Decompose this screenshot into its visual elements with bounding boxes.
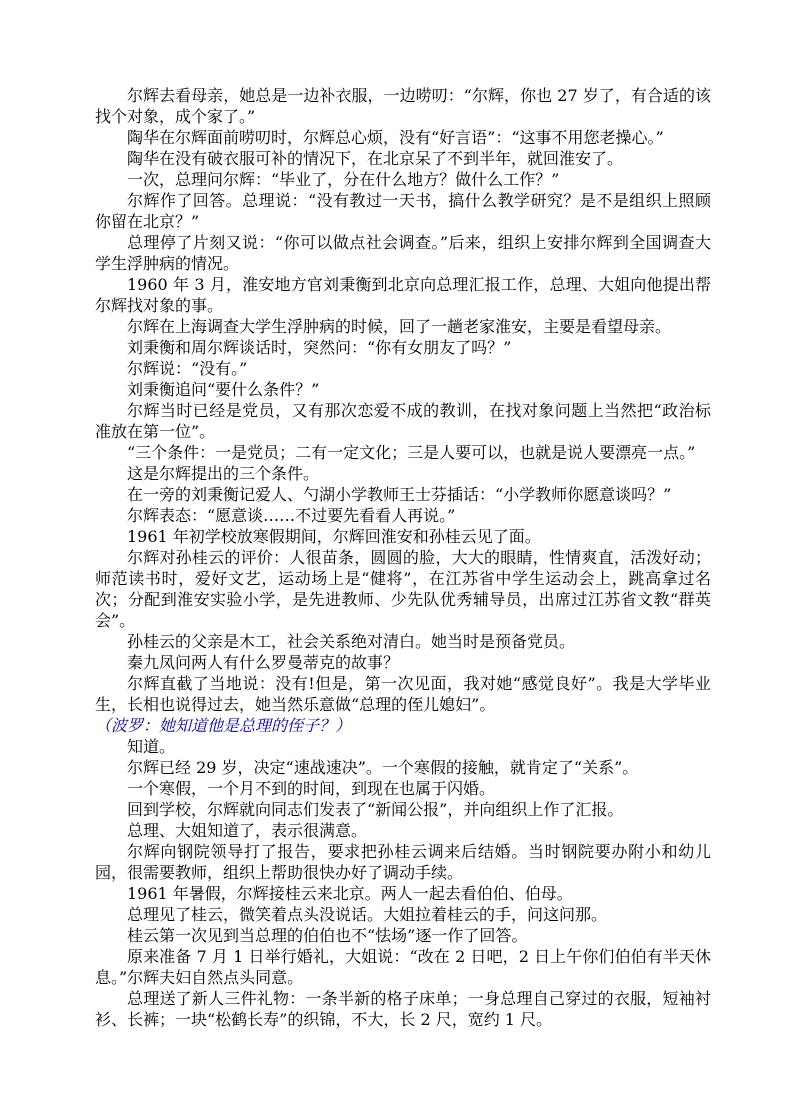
- paragraph: 尔辉已经 29 岁，决定“速战速决”。一个寒假的接触，就肯定了“关系”。: [95, 757, 711, 778]
- paragraph: 尔辉在上海调查大学生浮肿病的时候，回了一趟老家淮安，主要是看望母亲。: [95, 316, 711, 337]
- paragraph: “三个条件：一是党员；二有一定文化；三是人要可以，也就是说人要漂亮一点。”: [95, 442, 711, 463]
- paragraph: 一次，总理问尔辉：“毕业了，分在什么地方？做什么工作？”: [95, 169, 711, 190]
- paragraph: 这是尔辉提出的三个条件。: [95, 463, 711, 484]
- paragraph: 尔辉表态：“愿意谈……不过要先看看人再说。”: [95, 505, 711, 526]
- paragraph: 刘秉衡追问“要什么条件？”: [95, 379, 711, 400]
- paragraph: 陶华在尔辉面前唠叨时，尔辉总心烦，没有“好言语”：“这事不用您老操心。”: [95, 127, 711, 148]
- paragraph: 知道。: [95, 736, 711, 757]
- paragraph: 尔辉说：“没有。”: [95, 358, 711, 379]
- paragraph: 陶华在没有破衣服可补的情况下，在北京呆了不到半年，就回淮安了。: [95, 148, 711, 169]
- paragraph: 回到学校，尔辉就向同志们发表了“新闻公报”，并向组织上作了汇报。: [95, 799, 711, 820]
- editor-comment: （波罗：她知道他是总理的侄子？）: [95, 715, 711, 736]
- paragraph: 尔辉直截了当地说：没有!但是，第一次见面，我对她“感觉良好”。我是大学毕业生，长…: [95, 673, 711, 715]
- paragraph: 一个寒假，一个月不到的时间，到现在也属于闪婚。: [95, 778, 711, 799]
- paragraph: 尔辉向钢院领导打了报告，要求把孙桂云调来后结婚。当时钢院要办附小和幼儿园，很需要…: [95, 841, 711, 883]
- paragraph: 1961 年暑假，尔辉接桂云来北京。两人一起去看伯伯、伯母。: [95, 883, 711, 904]
- paragraph: 秦九凤问两人有什么罗曼蒂克的故事？: [95, 652, 711, 673]
- paragraph: 1961 年初学校放寒假期间，尔辉回淮安和孙桂云见了面。: [95, 526, 711, 547]
- paragraph: 刘秉衡和周尔辉谈话时，突然问：“你有女朋友了吗？”: [95, 337, 711, 358]
- paragraph: 尔辉作了回答。总理说：“没有教过一天书，搞什么教学研究？是不是组织上照顾你留在北…: [95, 190, 711, 232]
- paragraph: 总理停了片刻又说：“你可以做点社会调查。”后来，组织上安排尔辉到全国调查大学生浮…: [95, 232, 711, 274]
- paragraph: 1960 年 3 月，淮安地方官刘秉衡到北京向总理汇报工作，总理、大姐向他提出帮…: [95, 274, 711, 316]
- paragraph: 总理见了桂云，微笑着点头没说话。大姐拉着桂云的手，问这问那。: [95, 904, 711, 925]
- paragraph: 尔辉当时已经是党员，又有那次恋爱不成的教训，在找对象问题上当然把“政治标准放在第…: [95, 400, 711, 442]
- paragraph: 孙桂云的父亲是木工，社会关系绝对清白。她当时是预备党员。: [95, 631, 711, 652]
- document-body: 尔辉去看母亲，她总是一边补衣服，一边唠叨：“尔辉，你也 27 岁了，有合适的该找…: [95, 85, 711, 1030]
- paragraph: 原来准备 7 月 1 日举行婚礼，大姐说：“改在 2 日吧，2 日上午你们伯伯有…: [95, 946, 711, 988]
- document-page-background: { "page": { "background_color": "#ffffff…: [0, 0, 800, 1100]
- paragraph: 桂云第一次见到当总理的伯伯也不“怯场”逐一作了回答。: [95, 925, 711, 946]
- paragraph: 总理、大姐知道了，表示很满意。: [95, 820, 711, 841]
- paragraph: 尔辉去看母亲，她总是一边补衣服，一边唠叨：“尔辉，你也 27 岁了，有合适的该找…: [95, 85, 711, 127]
- paragraph: 总理送了新人三件礼物：一条半新的格子床单；一身总理自己穿过的衣服，短袖衬衫、长裤…: [95, 988, 711, 1030]
- paragraph: 尔辉对孙桂云的评价：人很苗条，圆圆的脸，大大的眼睛，性情爽直，活泼好动；师范读书…: [95, 547, 711, 631]
- paragraph: 在一旁的刘秉衡记爱人、勺湖小学教师王士芬插话：“小学教师你愿意谈吗？”: [95, 484, 711, 505]
